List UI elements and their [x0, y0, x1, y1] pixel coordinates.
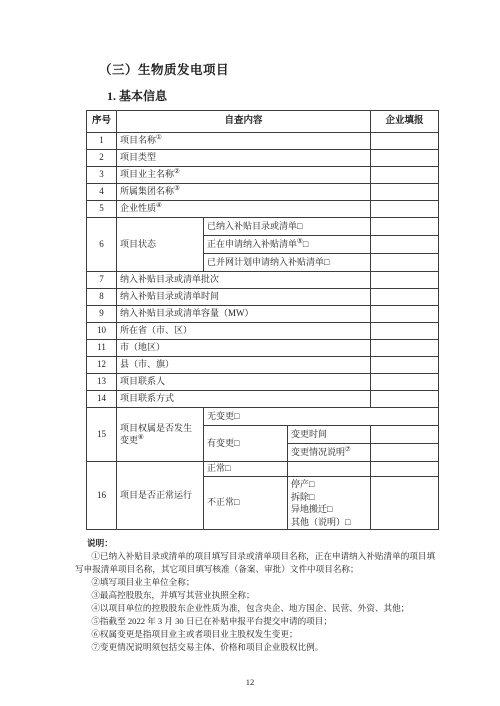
table-row: 2 项目类型	[87, 150, 439, 167]
abnormal-reason-option: 异地搬迁□	[291, 503, 367, 516]
has-change-option-cell: 有变更□	[204, 426, 288, 462]
note-item-6: ⑥权属变更是指项目业主或者项目业主股权发生变更；	[75, 628, 440, 641]
company-fill-cell	[371, 391, 439, 408]
change-desc-label: 变更情况说明⑦	[288, 444, 371, 462]
status-option-cell: 已并网计划申请纳入补贴清单□	[204, 254, 371, 272]
company-fill-cell	[371, 254, 439, 272]
abnormal-reasons-cell: 停产□ 拆除□ 异地搬迁□ 其他（说明）□	[288, 477, 371, 530]
row-label: 纳入补贴目录或清单容量（MW）	[117, 306, 371, 323]
row-number: 4	[87, 184, 117, 201]
no-change-option-cell: 无变更□	[204, 408, 439, 426]
note-ref-superscript: ④	[156, 202, 162, 209]
row-label: 项目类型	[117, 150, 371, 167]
row-label-text: 项目权属是否发生变更	[120, 423, 192, 445]
empty-cell	[288, 462, 371, 477]
table-row-operation-status: 16 项目是否正常运行 正常□	[87, 462, 439, 477]
abnormal-reason-option: 其他（说明）□	[291, 516, 367, 529]
abnormal-reason-option: 停产□	[291, 478, 367, 491]
row-number: 14	[87, 391, 117, 408]
company-fill-cell	[371, 167, 439, 184]
table-row: 8 纳入补贴目录或清单时间	[87, 289, 439, 306]
row-number: 16	[87, 462, 117, 530]
row-number: 10	[87, 323, 117, 340]
note-ref-superscript: ①	[156, 134, 162, 141]
row-number: 1	[87, 133, 117, 150]
table-row: 13 项目联系人	[87, 374, 439, 391]
row-label: 企业性质④	[117, 201, 371, 218]
normal-option-cell: 正常□	[204, 462, 288, 477]
status-option-cell: 已纳入补贴目录或清单□	[204, 218, 371, 236]
row-number: 12	[87, 357, 117, 374]
company-fill-cell	[371, 236, 439, 254]
table-row: 7 纳入补贴目录或清单批次	[87, 272, 439, 289]
row-label: 市（地区）	[117, 340, 371, 357]
row-number: 13	[87, 374, 117, 391]
abnormal-reason-option: 拆除□	[291, 491, 367, 504]
option-text: 已并网计划申请纳入补贴清单	[207, 257, 324, 267]
document-page: （三）生物质发电项目 1. 基本信息 序号 自查内容 企业填报 1 项目名称① …	[0, 0, 500, 706]
row-label: 纳入补贴目录或清单批次	[117, 272, 371, 289]
table-row: 11 市（地区）	[87, 340, 439, 357]
header-self-check-content: 自查内容	[117, 111, 371, 133]
option-text: 已纳入补贴目录或清单	[207, 221, 297, 231]
row-label: 项目业主名称②	[117, 167, 371, 184]
section-title: （三）生物质发电项目	[99, 60, 229, 78]
table-row: 12 县（市、旗）	[87, 357, 439, 374]
note-item-1: ①已纳入补贴目录或清单的项目填写目录或清单项目名称，正在申请纳入补贴清单的项目填…	[75, 550, 440, 576]
table-header-row: 序号 自查内容 企业填报	[87, 111, 439, 133]
row-label: 项目名称①	[117, 133, 371, 150]
row-label: 县（市、旗）	[117, 357, 371, 374]
company-fill-cell	[371, 444, 439, 462]
table-row: 14 项目联系方式	[87, 391, 439, 408]
row-label: 项目联系方式	[117, 391, 371, 408]
subsection-title: 1. 基本信息	[107, 87, 167, 104]
row-label: 项目权属是否发生变更⑥	[117, 408, 204, 462]
note-ref-superscript: ③	[174, 185, 180, 192]
company-fill-cell	[371, 184, 439, 201]
note-ref-superscript: ⑥	[138, 434, 144, 441]
company-fill-cell	[371, 477, 439, 530]
table-row: 4 所属集团名称③	[87, 184, 439, 201]
row-label-text: 企业性质	[120, 203, 156, 213]
checkbox-glyph: □	[324, 257, 329, 267]
row-number: 15	[87, 408, 117, 462]
notes-label: 说明：	[75, 537, 440, 550]
header-index: 序号	[87, 111, 117, 133]
row-number: 3	[87, 167, 117, 184]
page-number: 12	[0, 677, 500, 687]
row-number: 6	[87, 218, 117, 272]
row-number: 8	[87, 289, 117, 306]
row-number: 9	[87, 306, 117, 323]
row-number: 5	[87, 201, 117, 218]
company-fill-cell	[371, 340, 439, 357]
company-fill-cell	[371, 323, 439, 340]
note-ref-superscript: ⑦	[345, 446, 351, 453]
row-label-text: 所属集团名称	[120, 186, 174, 196]
company-fill-cell	[371, 426, 439, 444]
basic-info-table: 序号 自查内容 企业填报 1 项目名称① 2 项目类型 3 项目业主名称② 4 …	[86, 110, 439, 530]
table-row-project-status: 6 项目状态 已纳入补贴目录或清单□	[87, 218, 439, 236]
table-row: 10 所在省（市、区）	[87, 323, 439, 340]
note-item-2: ②填写项目业主单位全称；	[75, 576, 440, 589]
checkbox-glyph: □	[297, 221, 302, 231]
company-fill-cell	[371, 462, 439, 477]
table-row: 9 纳入补贴目录或清单容量（MW）	[87, 306, 439, 323]
row-label-text: 项目业主名称	[120, 169, 174, 179]
row-label: 所属集团名称③	[117, 184, 371, 201]
table-row: 5 企业性质④	[87, 201, 439, 218]
checkbox-glyph: □	[303, 239, 308, 249]
row-label: 项目联系人	[117, 374, 371, 391]
row-number: 11	[87, 340, 117, 357]
change-time-label: 变更时间	[288, 426, 371, 444]
header-company-fill: 企业填报	[371, 111, 439, 133]
row-label-text: 项目类型	[120, 152, 156, 162]
company-fill-cell	[371, 150, 439, 167]
note-item-5: ⑤指截至 2022 年 3 月 30 日已在补贴申报平台提交申请的项目；	[75, 615, 440, 628]
abnormal-option-cell: 不正常□	[204, 477, 288, 530]
option-text: 正在申请纳入补贴清单	[207, 239, 297, 249]
row-label: 项目是否正常运行	[117, 462, 204, 530]
notes-section: 说明： ①已纳入补贴目录或清单的项目填写目录或清单项目名称，正在申请纳入补贴清单…	[75, 537, 440, 654]
status-option-cell: 正在申请纳入补贴清单⑤□	[204, 236, 371, 254]
company-fill-cell	[371, 272, 439, 289]
row-label: 项目状态	[117, 218, 204, 272]
row-label-text: 项目名称	[120, 135, 156, 145]
note-item-4: ④以项目单位的控股股东企业性质为准，包含央企、地方国企、民营、外资、其他；	[75, 602, 440, 615]
row-number: 2	[87, 150, 117, 167]
table-row: 1 项目名称①	[87, 133, 439, 150]
row-number: 7	[87, 272, 117, 289]
company-fill-cell	[371, 374, 439, 391]
company-fill-cell	[371, 133, 439, 150]
company-fill-cell	[371, 218, 439, 236]
table-row-ownership-change: 15 项目权属是否发生变更⑥ 无变更□	[87, 408, 439, 426]
row-label: 所在省（市、区）	[117, 323, 371, 340]
row-label: 纳入补贴目录或清单时间	[117, 289, 371, 306]
note-ref-superscript: ②	[174, 168, 180, 175]
company-fill-cell	[371, 306, 439, 323]
company-fill-cell	[371, 201, 439, 218]
table-row: 3 项目业主名称②	[87, 167, 439, 184]
company-fill-cell	[371, 289, 439, 306]
company-fill-cell	[371, 357, 439, 374]
row-label-text: 变更情况说明	[291, 447, 345, 457]
note-item-7: ⑦变更情况说明须包括交易主体、价格和项目企业股权比例。	[75, 641, 440, 654]
note-item-3: ③最高控股股东，并填写其营业执照全称；	[75, 589, 440, 602]
